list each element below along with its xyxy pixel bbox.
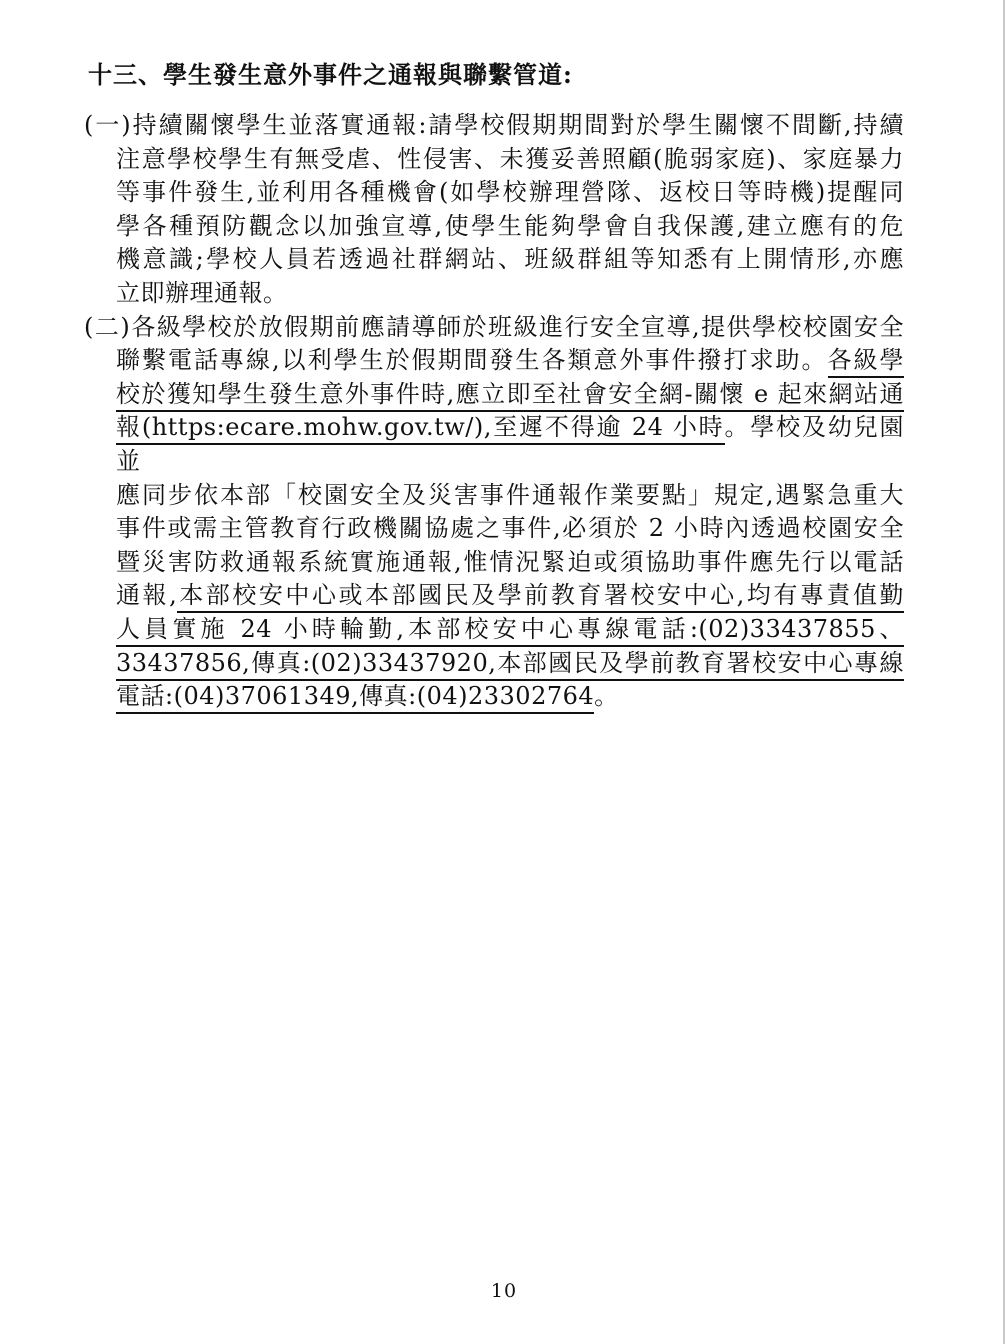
text-line: 報(https:ecare.mohw.gov.tw/),至遲不得逾 24 小時。… [116, 411, 904, 478]
underlined-text-segment: 校於獲知學生發生意外事件時,應立即至社會安全網-關懷 e 起來網站通 [116, 380, 904, 412]
section-heading: 十三、學生發生意外事件之通報與聯繫管道: [88, 58, 1008, 92]
text-line: 聯繫電話專線,以利學生於假期間發生各類意外事件撥打求助。各級學 [116, 344, 904, 378]
underlined-text-segment: 各級學 [828, 346, 905, 378]
scan-edge [1003, 0, 1005, 1344]
text-line: 機意識;學校人員若透過社群網站、班級群組等知悉有上開情形,亦應 [116, 243, 904, 277]
text-line: 電話:(04)37061349,傳真:(04)23302764。 [116, 680, 904, 714]
underlined-text-segment: 本部校安中心或本部國民及學前教育署校安中心,均有專責值勤 [177, 581, 904, 613]
underlined-text-segment: 電話:(04)37061349,傳真:(04)23302764 [116, 682, 594, 714]
text-line: (一)持續關懷學生並落實通報:請學校假期期間對於學生關懷不間斷,持續 [84, 109, 904, 143]
underlined-text-segment: 報(https:ecare.mohw.gov.tw/),至遲不得逾 24 小時 [116, 413, 725, 445]
text-line: 學各種預防觀念以加強宣導,使學生能夠學會自我保護,建立應有的危 [116, 210, 904, 244]
document-page: 十三、學生發生意外事件之通報與聯繫管道: (一)持續關懷學生並落實通報:請學校假… [0, 0, 1008, 1344]
text-line: 暨災害防救通報系統實施通報,惟情況緊迫或須協助事件應先行以電話 [116, 546, 904, 580]
text-segment: 事件或需主管教育行政機關協處之事件,必須於 2 小時內透過校園安全 [116, 514, 904, 542]
text-segment: 通報, [116, 581, 177, 609]
text-line: 應同步依本部「校園安全及災害事件通報作業要點」規定,遇緊急重大 [116, 479, 904, 513]
page-number: 10 [0, 1280, 1008, 1302]
text-line: 校於獲知學生發生意外事件時,應立即至社會安全網-關懷 e 起來網站通 [116, 378, 904, 412]
text-segment: 立即辦理通報。 [116, 279, 288, 307]
underlined-text-segment: 33437856,傳真:(02)33437920,本部國民及學前教育署校安中心專… [116, 649, 904, 681]
text-segment: 應同步依本部「校園安全及災害事件通報作業要點」規定,遇緊急重大 [116, 481, 904, 509]
text-line: 注意學校學生有無受虐、性侵害、未獲妥善照顧(脆弱家庭)、家庭暴力 [116, 143, 904, 177]
text-segment: 。 [594, 682, 619, 710]
text-line: 通報,本部校安中心或本部國民及學前教育署校安中心,均有專責值勤 [116, 579, 904, 613]
text-line: (二)各級學校於放假期前應請導師於班級進行安全宣導,提供學校校園安全 [84, 311, 904, 345]
text-segment: 暨災害防救通報系統實施通報,惟情況緊迫或須協助事件應先行以電話 [116, 548, 904, 576]
paragraph-label: (二) [84, 313, 130, 341]
text-line: 等事件發生,並利用各種機會(如學校辦理營隊、返校日等時機)提醒同 [116, 176, 904, 210]
text-segment: 注意學校學生有無受虐、性侵害、未獲妥善照顧(脆弱家庭)、家庭暴力 [116, 145, 904, 173]
text-line: 人員實施 24 小時輪勤,本部校安中心專線電話:(02)33437855、 [116, 613, 904, 647]
text-segment: 等事件發生,並利用各種機會(如學校辦理營隊、返校日等時機)提醒同 [116, 178, 904, 206]
underlined-text-segment: 人員實施 24 小時輪勤,本部校安中心專線電話:(02)33437855、 [116, 615, 904, 647]
body-text: (一)持續關懷學生並落實通報:請學校假期期間對於學生關懷不間斷,持續注意學校學生… [84, 109, 904, 714]
text-line: 立即辦理通報。 [116, 277, 904, 311]
text-segment: 機意識;學校人員若透過社群網站、班級群組等知悉有上開情形,亦應 [116, 245, 904, 273]
paragraph-label: (一) [84, 111, 131, 139]
text-line: 33437856,傳真:(02)33437920,本部國民及學前教育署校安中心專… [116, 647, 904, 681]
text-segment: 聯繫電話專線,以利學生於假期間發生各類意外事件撥打求助。 [116, 346, 828, 374]
text-segment: 各級學校於放假期前應請導師於班級進行安全宣導,提供學校校園安全 [130, 313, 904, 341]
text-segment: 學各種預防觀念以加強宣導,使學生能夠學會自我保護,建立應有的危 [116, 212, 904, 240]
text-line: 事件或需主管教育行政機關協處之事件,必須於 2 小時內透過校園安全 [116, 512, 904, 546]
text-segment: 持續關懷學生並落實通報:請學校假期期間對於學生關懷不間斷,持續 [131, 111, 904, 139]
